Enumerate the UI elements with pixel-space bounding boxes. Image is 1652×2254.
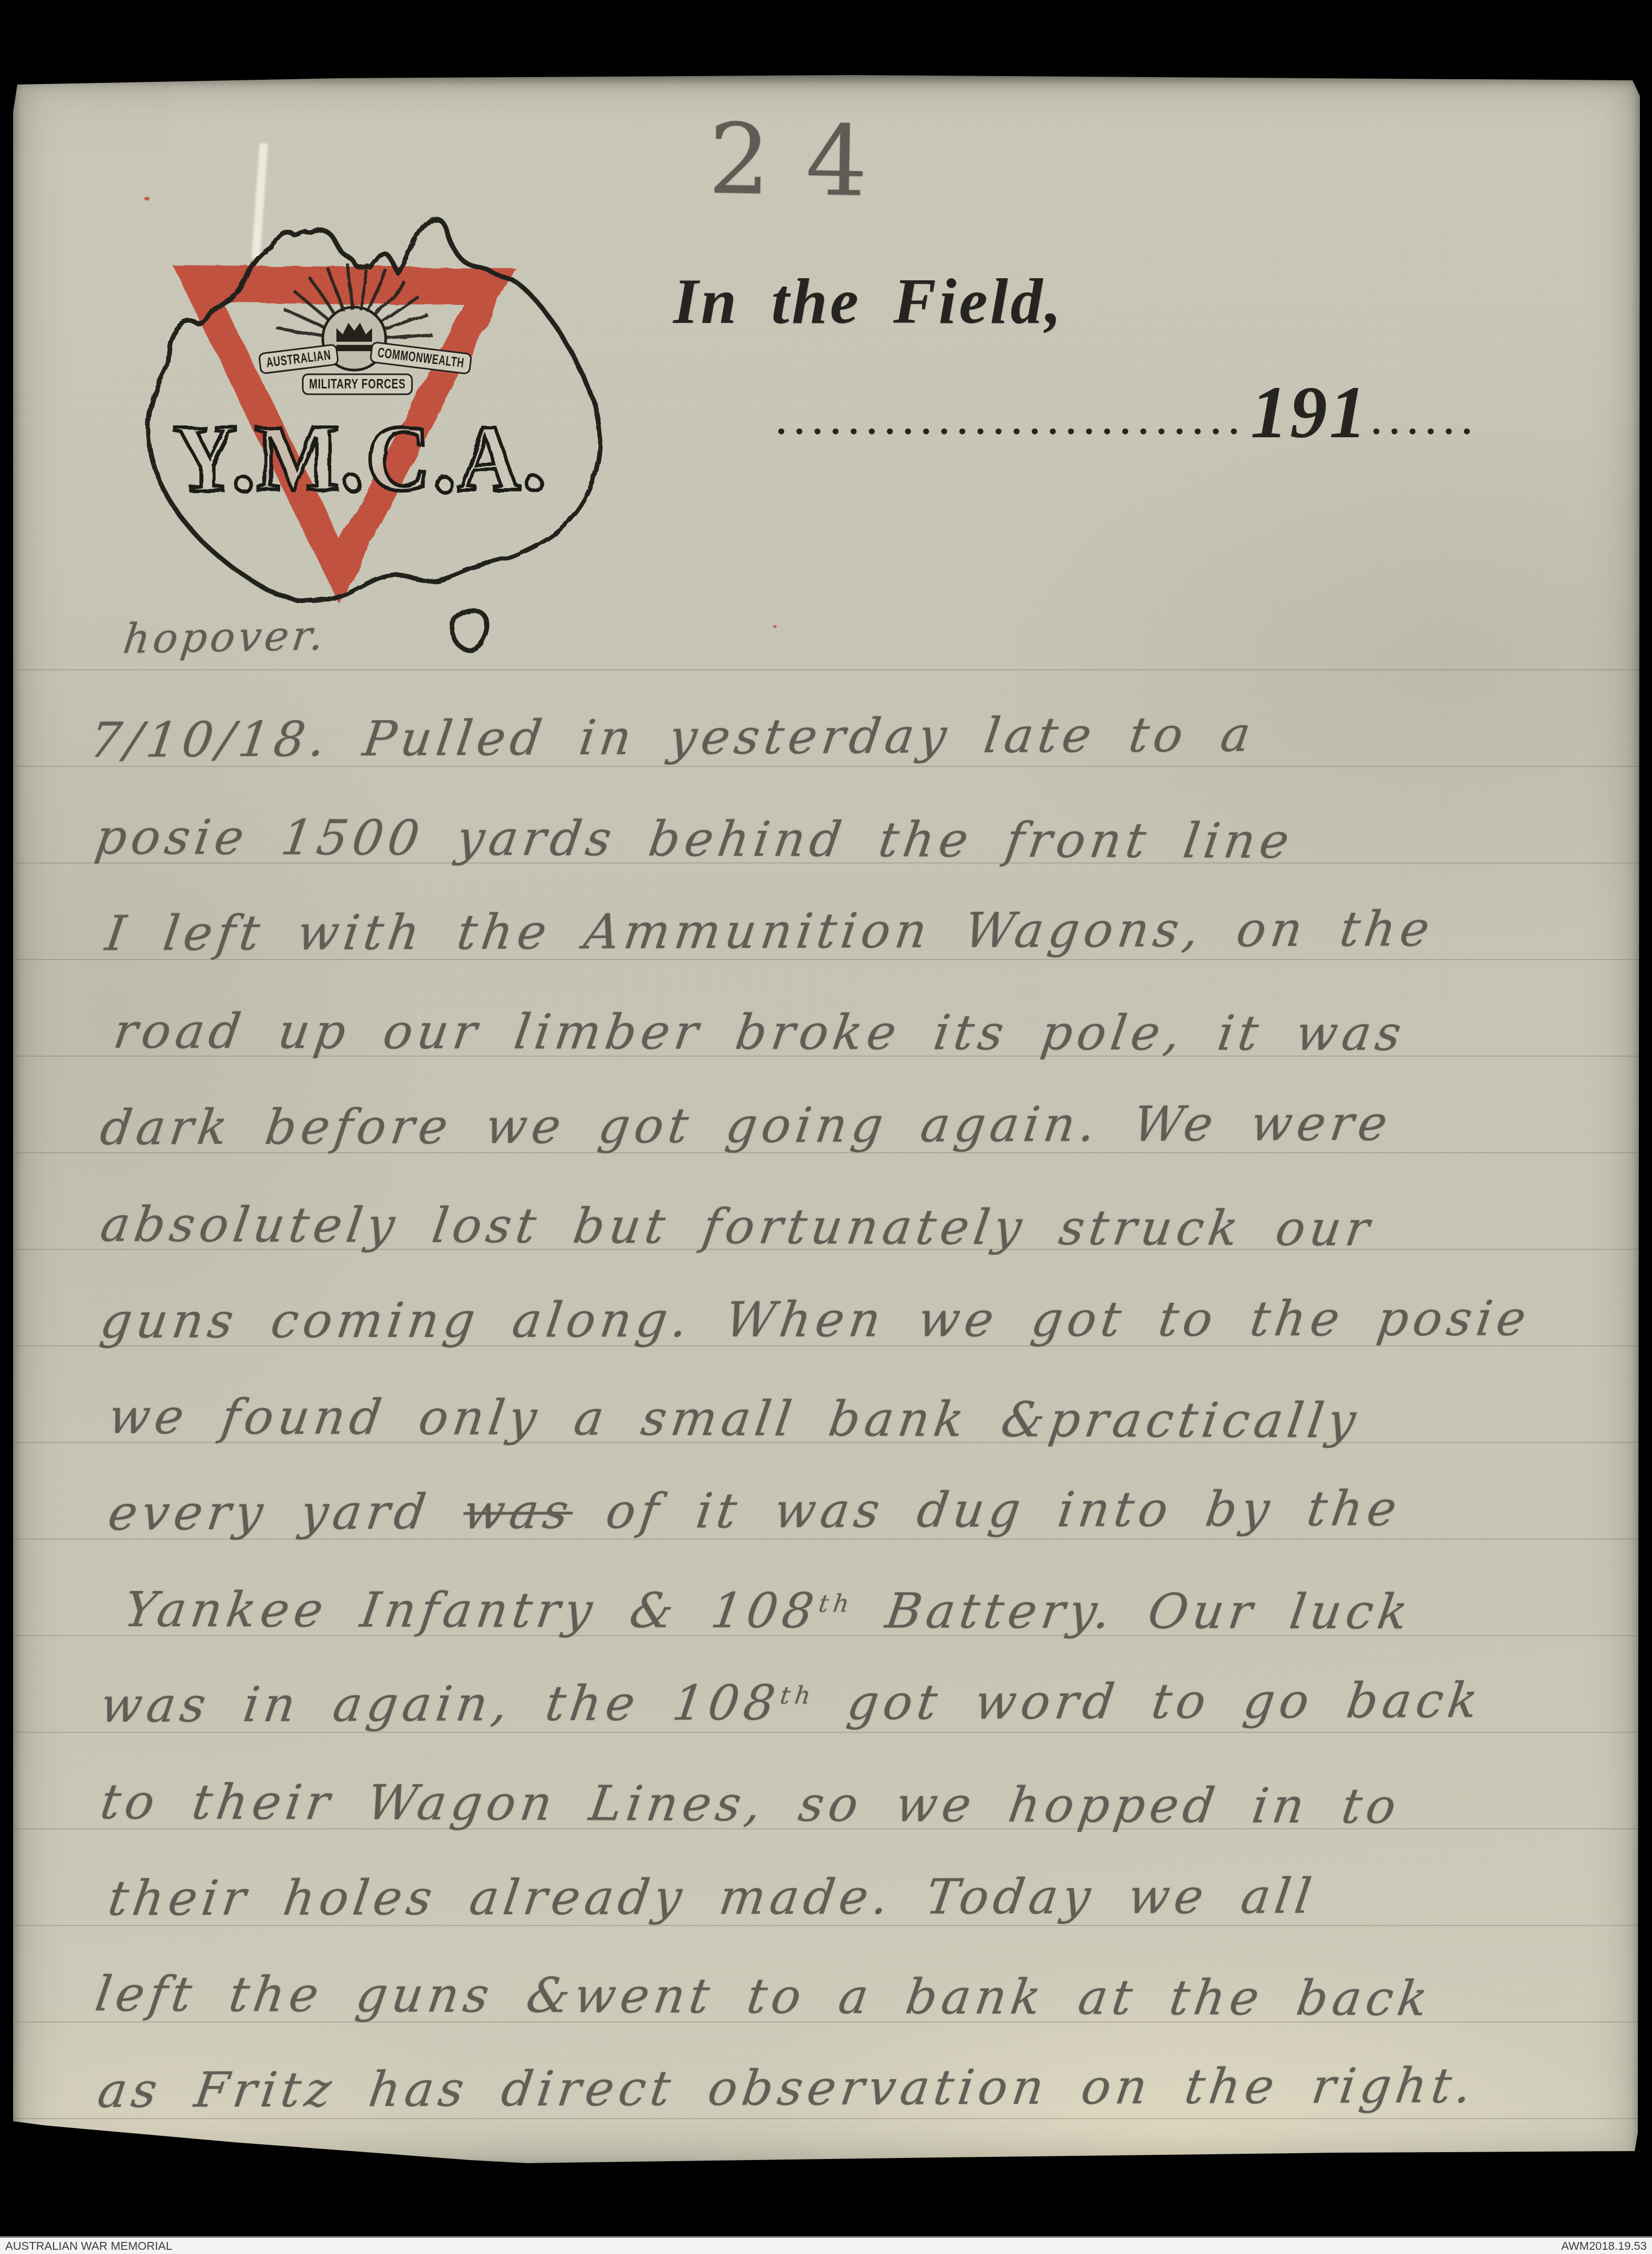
- handwritten-line: guns coming along. When we got to the po…: [97, 1290, 1534, 1349]
- handwriting-text: Yankee Infantry & 108: [121, 1582, 822, 1639]
- struck-word: was: [460, 1483, 577, 1540]
- handwriting-text: was in again, the 108: [97, 1674, 783, 1733]
- handwritten-line: dark before we got going again. We were: [97, 1095, 1395, 1156]
- archive-accession-number: AWM2018.19.53: [1561, 2239, 1647, 2253]
- red-speck: [773, 625, 777, 628]
- handwriting-text: absolutely lost but fortunately struck o…: [97, 1196, 1378, 1257]
- handwriting-text: posie 1500 yards behind the front line: [92, 809, 1297, 869]
- handwriting-text: dark before we got going again. We were: [97, 1095, 1395, 1156]
- ordinal-superscript: th: [778, 1681, 817, 1709]
- handwritten-line: I left with the Ammunition Wagons, on th…: [102, 901, 1437, 962]
- handwritten-line: every yard was of it was dug into by the: [105, 1480, 1405, 1541]
- badge-text-military-forces: MILITARY FORCES: [309, 376, 406, 392]
- handwritten-line: posie 1500 yards behind the front line: [92, 809, 1297, 869]
- handwriting-text: as Fritz has direct observation on the r…: [94, 2058, 1480, 2119]
- handwritten-line: left the guns &went to a bank at the bac…: [92, 1966, 1436, 2027]
- archive-name-label: AUSTRALIAN WAR MEMORIAL: [5, 2239, 172, 2253]
- handwriting-text: their holes already made. Today we all: [105, 1868, 1319, 1926]
- ymca-wordmark: Y.M.C.A.: [174, 406, 547, 510]
- handwritten-line: as Fritz has direct observation on the r…: [94, 2058, 1480, 2119]
- handwritten-line: was in again, the 108th got word to go b…: [97, 1672, 1486, 1733]
- printed-date-line: .......................... 191 ......: [777, 369, 1480, 455]
- ordinal-superscript: th: [817, 1589, 856, 1617]
- handwritten-line: to their Wagon Lines, so we hopped in to: [97, 1774, 1404, 1835]
- handwriting-text: Battery. Our luck: [849, 1583, 1416, 1640]
- printed-place-line: In the Field,: [673, 265, 1064, 339]
- handwritten-line: their holes already made. Today we all: [105, 1868, 1319, 1926]
- handwritten-line: 7/10/18. Pulled in yesterday late to a: [87, 706, 1258, 768]
- tasmania-map-icon: [452, 609, 488, 650]
- handwriting-text: left the guns &went to a bank at the bac…: [92, 1966, 1436, 2027]
- handwritten-line: Yankee Infantry & 108th Battery. Our luc…: [121, 1582, 1416, 1640]
- handwriting-text: every yard: [105, 1484, 468, 1541]
- red-speck: [144, 197, 150, 201]
- archive-footer-bar: AUSTRALIAN WAR MEMORIAL AWM2018.19.53: [0, 2236, 1652, 2254]
- date-year-placeholder: 191: [1251, 369, 1369, 455]
- handwritten-line: we found only a small bank &practically: [105, 1388, 1364, 1449]
- handwriting-text: hopover.: [121, 612, 330, 663]
- letter-paper: 24: [13, 75, 1640, 2164]
- handwritten-line: absolutely lost but fortunately struck o…: [97, 1196, 1378, 1257]
- ymca-australia-logo: AUSTRALIAN COMMONWEALTH MILITARY FORCES …: [118, 206, 624, 668]
- paper-grain-texture: [13, 75, 171, 154]
- handwriting-text: we found only a small bank &practically: [105, 1388, 1364, 1449]
- date-dots-left: ..........................: [777, 402, 1247, 444]
- handwriting-text: got word to go back: [810, 1672, 1486, 1731]
- handwriting-text: 7/10/18. Pulled in yesterday late to a: [87, 706, 1258, 768]
- page-number: 24: [707, 102, 904, 219]
- handwriting-text: to their Wagon Lines, so we hopped in to: [97, 1774, 1404, 1835]
- date-dots-right: ......: [1372, 402, 1480, 444]
- handwritten-line: road up our limber broke its pole, it wa…: [110, 1003, 1410, 1061]
- handwriting-text: of it was dug into by the: [569, 1480, 1404, 1540]
- handwritten-heading: hopover.: [121, 612, 330, 663]
- scanned-letter-page: 24: [0, 0, 1652, 2254]
- handwriting-text: road up our limber broke its pole, it wa…: [110, 1003, 1410, 1061]
- handwriting-text: guns coming along. When we got to the po…: [97, 1290, 1534, 1349]
- handwriting-text: I left with the Ammunition Wagons, on th…: [102, 901, 1437, 962]
